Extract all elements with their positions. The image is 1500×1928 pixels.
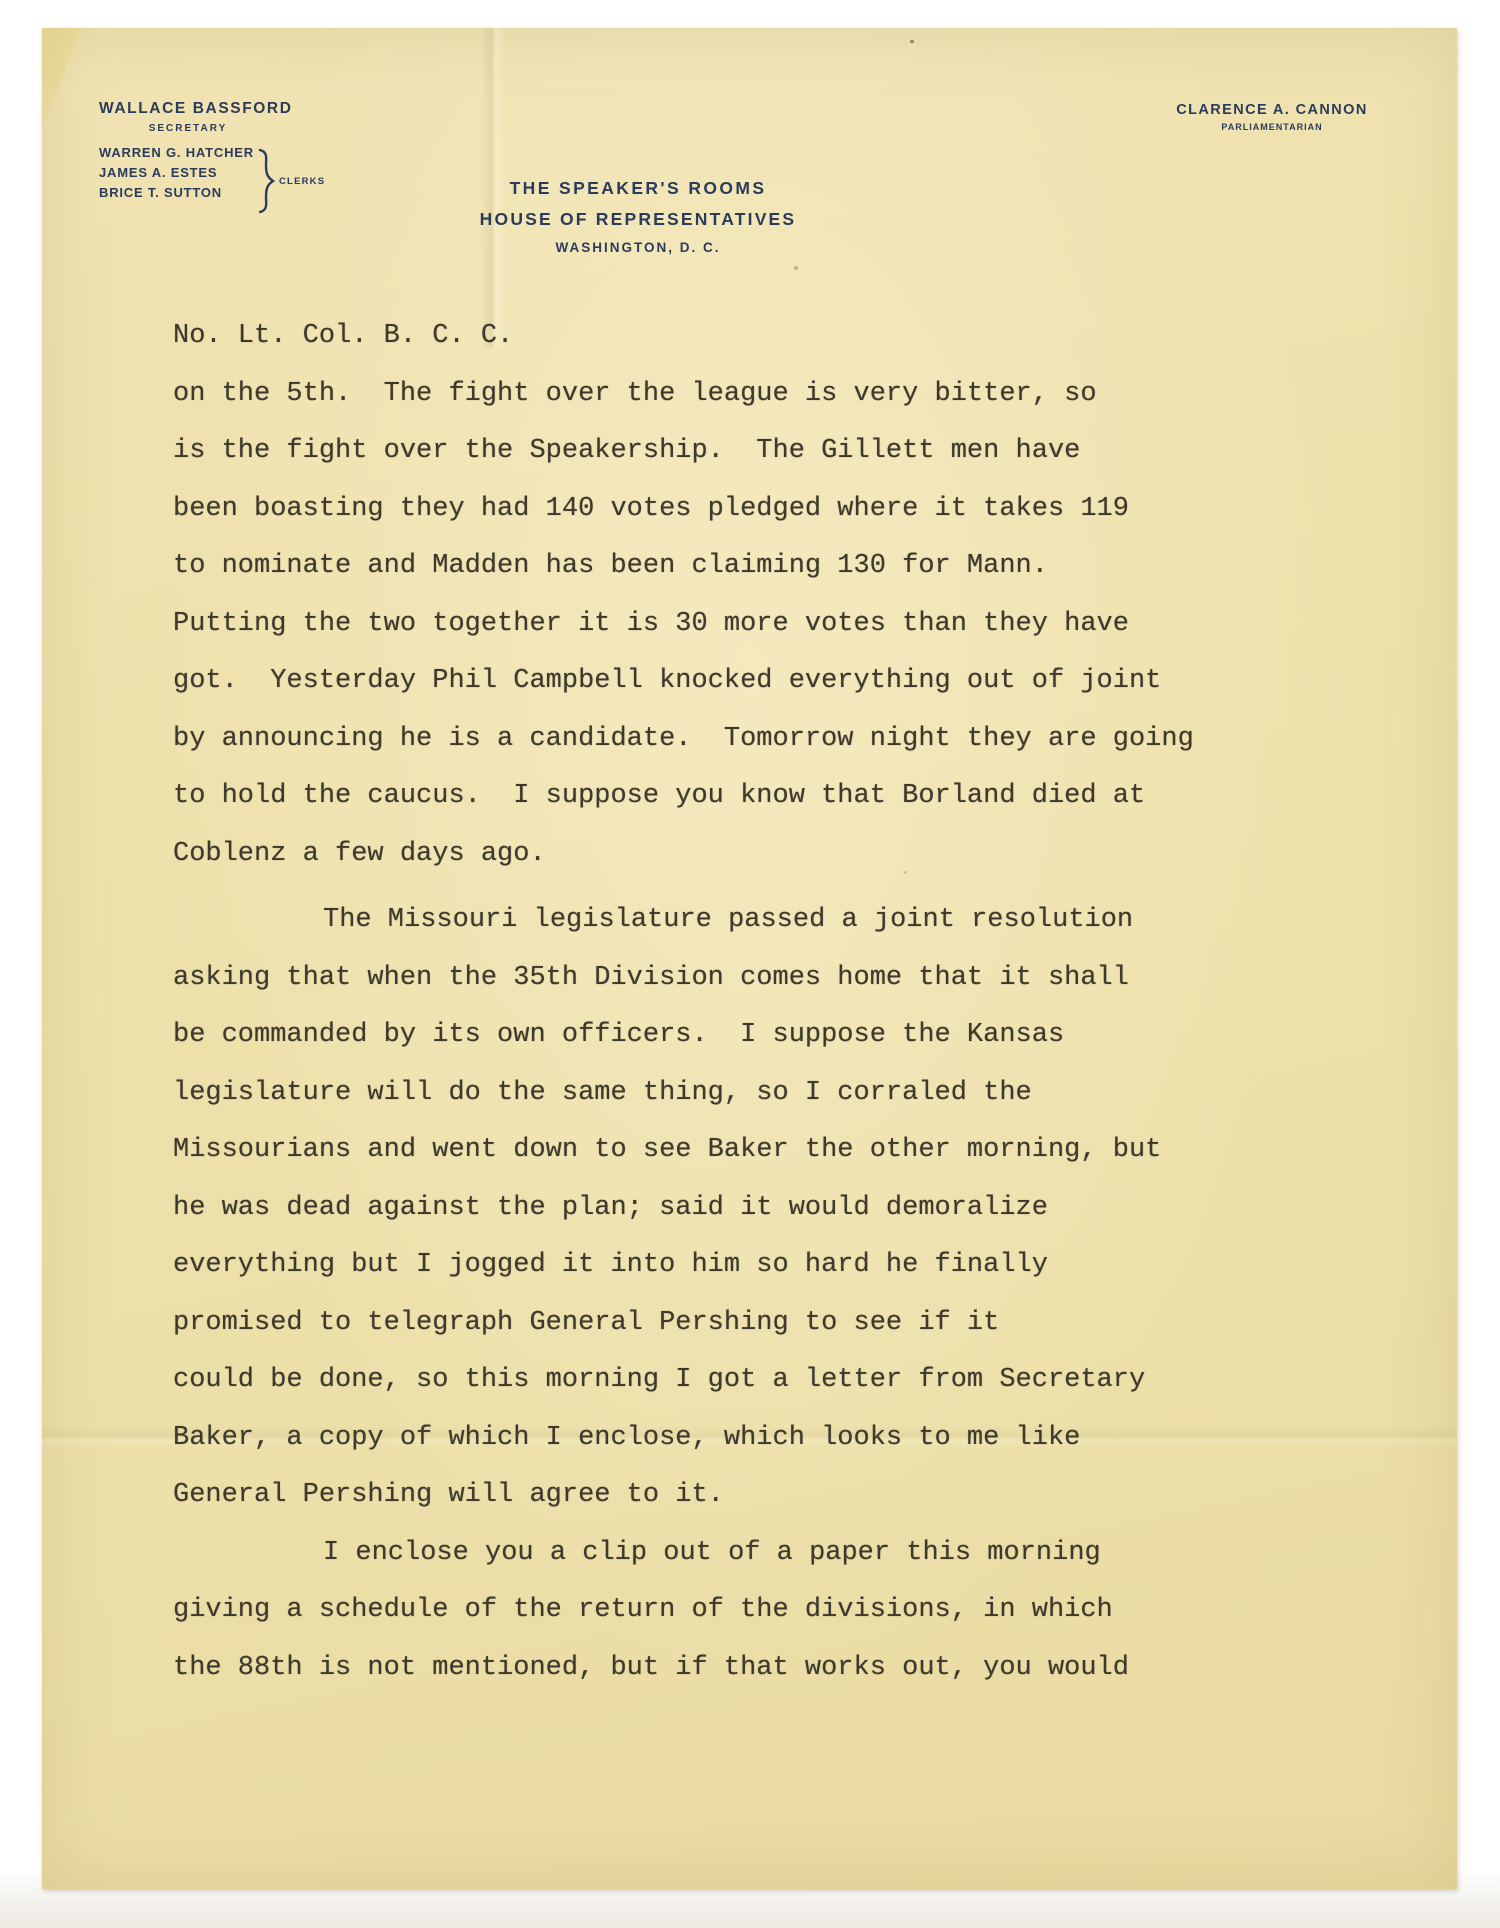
letterhead-left-block: WALLACE BASSFORD SECRETARY WARREN G. HAT… (99, 100, 293, 203)
letter-line: Baker, a copy of which I enclose, which … (173, 1418, 1333, 1476)
letter-line: The Missouri legislature passed a joint … (173, 900, 1333, 958)
letter-line: he was dead against the plan; said it wo… (173, 1188, 1333, 1246)
letter-line: legislature will do the same thing, so I… (173, 1073, 1333, 1131)
letter-line: to nominate and Madden has been claiming… (173, 546, 1333, 604)
city-line: WASHINGTON, D. C. (438, 240, 838, 255)
letter-line: been boasting they had 140 votes pledged… (173, 489, 1333, 547)
letter-line: got. Yesterday Phil Campbell knocked eve… (173, 661, 1333, 719)
letter-line: No. Lt. Col. B. C. C. (173, 316, 1333, 374)
letter-line: Putting the two together it is 30 more v… (173, 604, 1333, 662)
paper-speck (794, 266, 798, 270)
office-name: THE SPEAKER'S ROOMS (438, 178, 838, 199)
letter-line: by announcing he is a candidate. Tomorro… (173, 719, 1333, 777)
letterhead-center-block: THE SPEAKER'S ROOMS HOUSE OF REPRESENTAT… (438, 178, 838, 255)
paper-speck (910, 40, 914, 43)
letter-line: Missourians and went down to see Baker t… (173, 1130, 1333, 1188)
clerks-brace-icon (257, 148, 277, 219)
letter-line: the 88th is not mentioned, but if that w… (173, 1648, 1333, 1706)
letter-line: everything but I jogged it into him so h… (173, 1245, 1333, 1303)
clerks-label: CLERKS (279, 176, 325, 187)
folded-corner (42, 28, 82, 128)
letter-line: General Pershing will agree to it. (173, 1475, 1333, 1533)
parliamentarian-title: PARLIAMENTARIAN (1072, 122, 1472, 132)
letter-line: asking that when the 35th Division comes… (173, 958, 1333, 1016)
letter-line: promised to telegraph General Pershing t… (173, 1303, 1333, 1361)
letter-line: giving a schedule of the return of the d… (173, 1590, 1333, 1648)
letter-line: to hold the caucus. I suppose you know t… (173, 776, 1333, 834)
institution-name: HOUSE OF REPRESENTATIVES (438, 209, 838, 230)
letter-line: on the 5th. The fight over the league is… (173, 374, 1333, 432)
secretary-title: SECRETARY (99, 123, 277, 134)
letter-line: could be done, so this morning I got a l… (173, 1360, 1333, 1418)
letter-body: No. Lt. Col. B. C. C.on the 5th. The fig… (173, 316, 1333, 1705)
letter-page: WALLACE BASSFORD SECRETARY WARREN G. HAT… (42, 28, 1457, 1889)
letter-line: be commanded by its own officers. I supp… (173, 1015, 1333, 1073)
secretary-name: WALLACE BASSFORD (99, 100, 293, 118)
letterhead-right-block: CLARENCE A. CANNON PARLIAMENTARIAN (1072, 102, 1472, 132)
letter-line: I enclose you a clip out of a paper this… (173, 1533, 1333, 1591)
parliamentarian-name: CLARENCE A. CANNON (1072, 102, 1472, 118)
letter-line: is the fight over the Speakership. The G… (173, 431, 1333, 489)
letter-line: Coblenz a few days ago. (173, 834, 1333, 892)
